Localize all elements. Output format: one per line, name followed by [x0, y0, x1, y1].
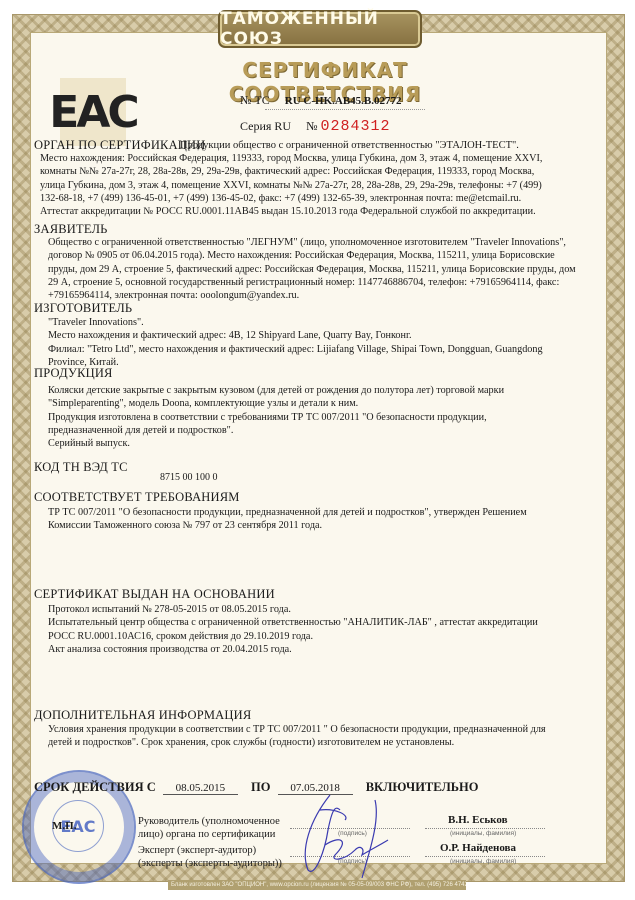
conforms-title: СООТВЕТСТВУЕТ ТРЕБОВАНИЯМ: [34, 490, 240, 505]
manufacturer-title: ИЗГОТОВИТЕЛЬ: [34, 301, 132, 316]
head-name-caption: (инициалы, фамилия): [450, 830, 516, 837]
applicant-line: 29 А, строение 5, основной государственн…: [48, 276, 593, 289]
basis-title: СЕРТИФИКАТ ВЫДАН НА ОСНОВАНИИ: [34, 587, 275, 602]
head-role: Руководитель (уполномоченное лицо) орган…: [138, 815, 280, 841]
tc-number-line: № ТС RU C-HK.AB45.B.02772: [240, 93, 402, 108]
applicant-line: договор № 0905 от 06.04.2015 года). Мест…: [48, 249, 593, 262]
number-label: №: [306, 119, 317, 133]
expert-role: Эксперт (эксперт-аудитор) (эксперты (экс…: [138, 844, 282, 870]
customs-union-banner: ТАМОЖЕННЫЙ СОЮЗ: [218, 10, 422, 48]
applicant-body: Общество с ограниченной ответственностью…: [48, 236, 593, 302]
manufacturer-line: Место нахождения и фактический адрес: 4B…: [48, 329, 593, 342]
basis-line: РОСС RU.0001.10АС16, сроком действия до …: [48, 630, 593, 643]
conforms-line: ТР ТС 007/2011 "О безопасности продукции…: [48, 506, 593, 519]
eac-logo-icon: ЕАС: [60, 78, 126, 146]
basis-line: Испытательный центр общества с ограничен…: [48, 616, 593, 629]
manufacturer-body: "Traveler Innovations". Место нахождения…: [48, 316, 593, 369]
applicant-line: Общество с ограниченной ответственностью…: [48, 236, 593, 249]
additional-body: Условия хранения продукции в соответстви…: [48, 723, 593, 750]
basis-line: Протокол испытаний № 278-05-2015 от 08.0…: [48, 603, 593, 616]
tc-underline: [265, 109, 425, 110]
head-name: В.Н. Еськов: [448, 814, 508, 826]
validity-line: СРОК ДЕЙСТВИЯ С 08.05.2015 ПО 07.05.2018…: [34, 780, 478, 795]
additional-line: детей и подростков". Срок хранения, срок…: [48, 736, 593, 749]
head-role-line: лицо) органа по сертификации: [138, 828, 280, 841]
organ-line: улица Губкина, дом 3, этаж 4, помещение …: [40, 179, 585, 192]
tc-label: № ТС: [240, 93, 270, 107]
product-line: Серийный выпуск.: [48, 437, 593, 450]
expert-role-line: (эксперты (эксперты-аудиторы)): [138, 857, 282, 870]
expert-name: О.Р. Найденова: [440, 842, 516, 854]
manufacturer-line: Province, Китай.: [48, 356, 593, 369]
manufacturer-line: Филиал: "Tetro Ltd", место нахождения и …: [48, 343, 593, 356]
organ-head: Продукции общество с ограниченной ответс…: [180, 140, 519, 151]
organ-line: Место нахождения: Российская Федерация, …: [40, 152, 585, 165]
code-title: КОД ТН ВЭД ТС: [34, 460, 128, 475]
product-line: Продукция изготовлена в соответствии с т…: [48, 411, 593, 424]
conforms-body: ТР ТС 007/2011 "О безопасности продукции…: [48, 506, 593, 533]
organ-line: Аттестат аккредитации № РОСС RU.0001.11А…: [40, 205, 585, 218]
product-line: Коляски детские закрытые с закрытым кузо…: [48, 384, 593, 397]
organ-body: Место нахождения: Российская Федерация, …: [40, 152, 585, 218]
series-label: Серия RU: [240, 119, 291, 133]
manufacturer-line: "Traveler Innovations".: [48, 316, 593, 329]
product-title: ПРОДУКЦИЯ: [34, 366, 113, 381]
product-body: Коляски детские закрытые с закрытым кузо…: [48, 384, 593, 450]
additional-line: Условия хранения продукции в соответстви…: [48, 723, 593, 736]
expert-name-caption: (инициалы, фамилия): [450, 858, 516, 865]
validity-from-date: 08.05.2015: [163, 782, 238, 795]
applicant-title: ЗАЯВИТЕЛЬ: [34, 222, 108, 237]
expert-role-line: Эксперт (эксперт-аудитор): [138, 844, 282, 857]
handwritten-signature-icon: [290, 790, 390, 880]
seal-place-label: М.П.: [52, 820, 76, 832]
conforms-line: Комиссии Таможенного союза № 797 от 23 с…: [48, 519, 593, 532]
product-line: предназначенной для детей и подростков".: [48, 424, 593, 437]
code-value: 8715 00 100 0: [160, 472, 218, 483]
head-role-line: Руководитель (уполномоченное: [138, 815, 280, 828]
basis-body: Протокол испытаний № 278-05-2015 от 08.0…: [48, 603, 593, 656]
validity-to-label: ПО: [251, 780, 270, 795]
product-line: "Simpleparenting", модель Doona, комплек…: [48, 397, 593, 410]
organ-line: комнаты №№ 27а-27г, 28, 28а-28в, 29, 29а…: [40, 165, 585, 178]
applicant-line: пруды, дом 29 А, строение 5, фактический…: [48, 263, 593, 276]
form-imprint: Бланк изготовлен ЗАО "ОПЦИОН", www.opcio…: [168, 880, 466, 890]
tc-number: RU C-HK.AB45.B.02772: [285, 95, 402, 107]
validity-from-label: СРОК ДЕЙСТВИЯ С: [34, 780, 156, 795]
expert-name-line: [425, 856, 545, 857]
head-name-line: [425, 828, 545, 829]
blank-number: 0284312: [321, 118, 391, 135]
organ-line: 132-68-18, +7 (499) 136-45-01, +7 (499) …: [40, 192, 585, 205]
additional-title: ДОПОЛНИТЕЛЬНАЯ ИНФОРМАЦИЯ: [34, 708, 251, 723]
series-line: Серия RU № 0284312: [240, 118, 391, 135]
basis-line: Акт анализа состояния производства от 20…: [48, 643, 593, 656]
